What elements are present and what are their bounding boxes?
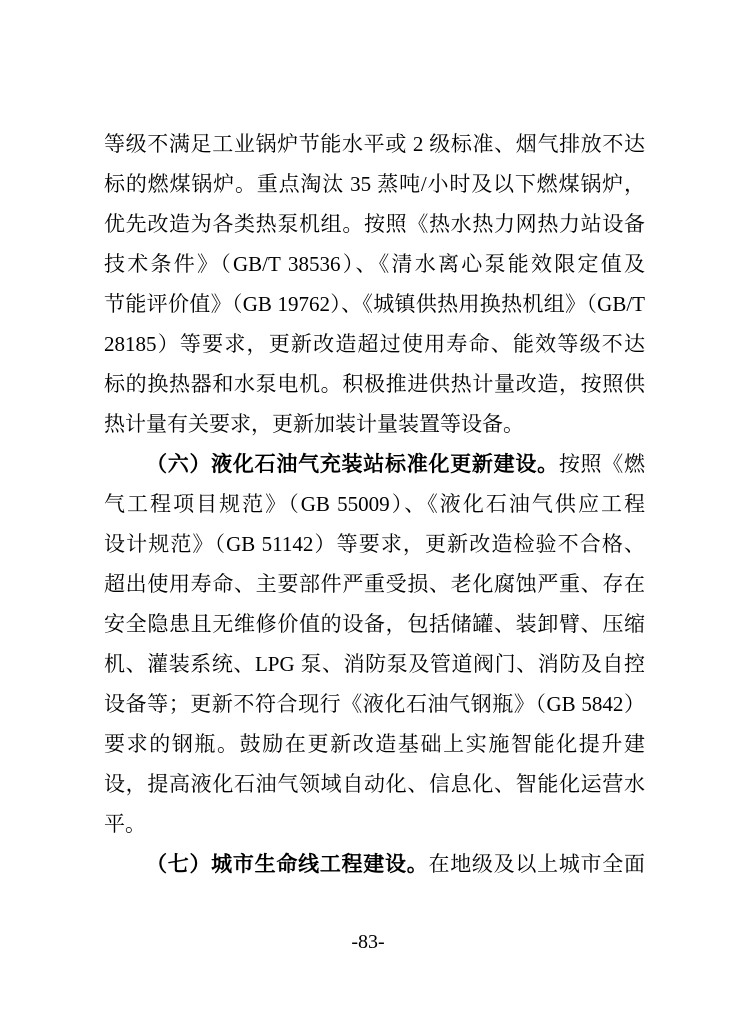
body-text: 安全隐患且无维修价值的设备，包括储罐、装卸臂、压缩 bbox=[104, 612, 645, 636]
text-line: 等级不满足工业锅炉节能水平或 2 级标准、烟气排放不达 bbox=[104, 124, 645, 164]
text-line: 机、灌装系统、LPG 泵、消防泵及管道阀门、消防及自控 bbox=[104, 644, 645, 684]
body-text: 平。 bbox=[104, 812, 146, 836]
body-text: 标的换热器和水泵电机。积极推进供热计量改造，按照供 bbox=[104, 372, 645, 396]
body-text: 热计量有关要求，更新加装计量装置等设备。 bbox=[104, 412, 524, 436]
body-text: 优先改造为各类热泵机组。按照《热水热力网热力站设备 bbox=[104, 212, 645, 236]
text-line: 热计量有关要求，更新加装计量装置等设备。 bbox=[104, 404, 645, 444]
text-line: 设计规范》（GB 51142）等要求，更新改造检验不合格、 bbox=[104, 524, 645, 564]
body-text: 要求的钢瓶。鼓励在更新改造基础上实施智能化提升建 bbox=[104, 732, 645, 756]
page-number: -83- bbox=[0, 922, 736, 962]
text-line: 气工程项目规范》（GB 55009）、《液化石油气供应工程 bbox=[104, 484, 645, 524]
text-line: 技术条件》（GB/T 38536）、《清水离心泵能效限定值及 bbox=[104, 244, 645, 284]
text-line: 节能评价值》（GB 19762）、《城镇供热用换热机组》（GB/T bbox=[104, 284, 645, 324]
body-text: 技术条件》（GB/T 38536）、《清水离心泵能效限定值及 bbox=[104, 252, 645, 276]
body-text: 气工程项目规范》（GB 55009）、《液化石油气供应工程 bbox=[104, 492, 645, 516]
text-line: 平。 bbox=[104, 804, 645, 844]
heading-text: （七）城市生命线工程建设。 bbox=[146, 852, 428, 876]
document-body: 等级不满足工业锅炉节能水平或 2 级标准、烟气排放不达标的燃煤锅炉。重点淘汰 3… bbox=[104, 124, 645, 884]
body-text: 机、灌装系统、LPG 泵、消防泵及管道阀门、消防及自控 bbox=[104, 652, 645, 676]
body-text: 设，提高液化石油气领域自动化、信息化、智能化运营水 bbox=[104, 772, 645, 796]
text-line: 标的燃煤锅炉。重点淘汰 35 蒸吨/小时及以下燃煤锅炉， bbox=[104, 164, 645, 204]
text-line: 超出使用寿命、主要部件严重受损、老化腐蚀严重、存在 bbox=[104, 564, 645, 604]
body-text: 标的燃煤锅炉。重点淘汰 35 蒸吨/小时及以下燃煤锅炉， bbox=[104, 172, 645, 196]
document-page: 等级不满足工业锅炉节能水平或 2 级标准、烟气排放不达标的燃煤锅炉。重点淘汰 3… bbox=[0, 0, 736, 1009]
text-line: 标的换热器和水泵电机。积极推进供热计量改造，按照供 bbox=[104, 364, 645, 404]
body-text: 设计规范》（GB 51142）等要求，更新改造检验不合格、 bbox=[104, 532, 645, 556]
text-line: 优先改造为各类热泵机组。按照《热水热力网热力站设备 bbox=[104, 204, 645, 244]
text-line: 28185）等要求，更新改造超过使用寿命、能效等级不达 bbox=[104, 324, 645, 364]
text-line: 设，提高液化石油气领域自动化、信息化、智能化运营水 bbox=[104, 764, 645, 804]
text-line: 安全隐患且无维修价值的设备，包括储罐、装卸臂、压缩 bbox=[104, 604, 645, 644]
heading-text: （六）液化石油气充装站标准化更新建设。 bbox=[146, 452, 559, 476]
body-text: 等级不满足工业锅炉节能水平或 2 级标准、烟气排放不达 bbox=[104, 132, 645, 156]
text-line: 设备等；更新不符合现行《液化石油气钢瓶》（GB 5842） bbox=[104, 684, 645, 724]
body-text: 28185）等要求，更新改造超过使用寿命、能效等级不达 bbox=[104, 332, 645, 356]
body-text: 设备等；更新不符合现行《液化石油气钢瓶》（GB 5842） bbox=[104, 692, 645, 716]
body-text: 在地级及以上城市全面 bbox=[428, 852, 645, 876]
body-text: 节能评价值》（GB 19762）、《城镇供热用换热机组》（GB/T bbox=[104, 292, 645, 316]
body-text: 按照《燃 bbox=[559, 452, 645, 476]
body-text: 超出使用寿命、主要部件严重受损、老化腐蚀严重、存在 bbox=[104, 572, 645, 596]
text-line: （六）液化石油气充装站标准化更新建设。按照《燃 bbox=[104, 444, 645, 484]
text-line: （七）城市生命线工程建设。在地级及以上城市全面 bbox=[104, 844, 645, 884]
text-line: 要求的钢瓶。鼓励在更新改造基础上实施智能化提升建 bbox=[104, 724, 645, 764]
